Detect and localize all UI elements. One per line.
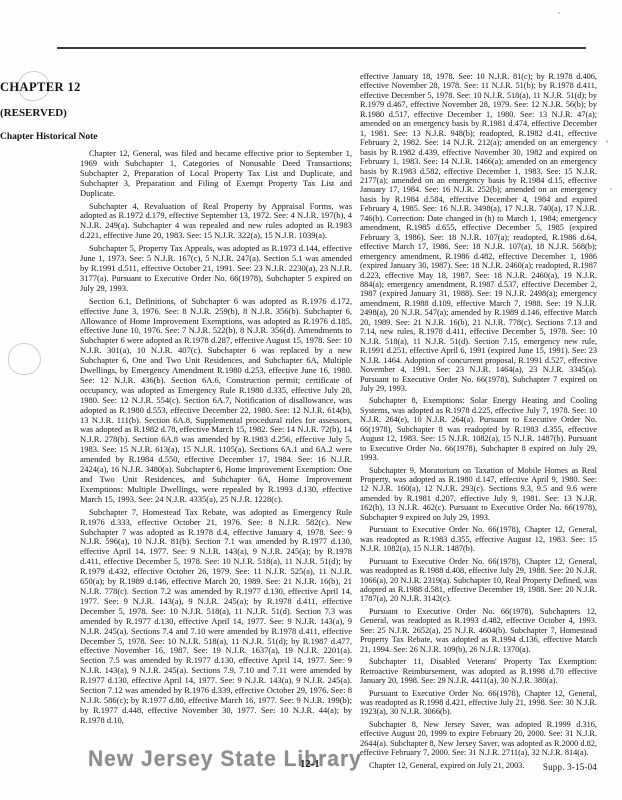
scan-speck bbox=[610, 188, 612, 190]
paragraph: Subchapter 4, Revaluation of Real Proper… bbox=[80, 202, 352, 242]
paragraph: Chapter 12, General, was filed and becam… bbox=[80, 149, 352, 199]
paragraph: Pursuant to Executive Order No. 66(1978)… bbox=[360, 557, 597, 604]
top-horizontal-rule bbox=[57, 47, 586, 49]
left-column: Chapter 12, General, was filed and becam… bbox=[80, 149, 352, 726]
paragraph: Subchapter 11, Disabled Veterans' Proper… bbox=[360, 657, 597, 685]
paragraph: Subchapter 8, Exemptions: Solar Energy H… bbox=[360, 396, 597, 462]
right-column: effective January 18, 1978. See: 10 N.J.… bbox=[360, 72, 597, 770]
chapter-title: CHAPTER 12 bbox=[0, 80, 272, 95]
paragraph: Pursuant to Executive Order No. 66(1978)… bbox=[360, 689, 597, 717]
scanned-document-page: CHAPTER 12 (RESERVED) Chapter Historical… bbox=[0, 0, 622, 800]
paragraph: effective January 18, 1978. See: 10 N.J.… bbox=[360, 72, 597, 393]
paragraph: Subchapter 5, Property Tax Appeals, was … bbox=[80, 244, 352, 294]
paragraph: Subchapter 9, Moratorium on Taxation of … bbox=[360, 466, 597, 523]
paragraph: Subchapter 8, New Jersey Saver, was adop… bbox=[360, 720, 597, 758]
scan-speck bbox=[558, 12, 560, 14]
paragraph: Pursuant to Executive Order No. 66(1978)… bbox=[360, 525, 597, 553]
reserved-title: (RESERVED) bbox=[0, 107, 272, 119]
paragraph: Section 6.1, Definitions, of Subchapter … bbox=[80, 297, 352, 505]
historical-note-title: Chapter Historical Note bbox=[0, 132, 272, 142]
scan-speck bbox=[606, 140, 608, 143]
page-number: 12-1 bbox=[80, 759, 540, 770]
paragraph: Subchapter 7, Homestead Tax Rebate, was … bbox=[80, 508, 352, 726]
supplement-date: Supp. 3-15-04 bbox=[543, 762, 597, 772]
paragraph: Pursuant to Executive Order No. 66(1978)… bbox=[360, 607, 597, 654]
hole-punch-mark bbox=[7, 342, 42, 376]
